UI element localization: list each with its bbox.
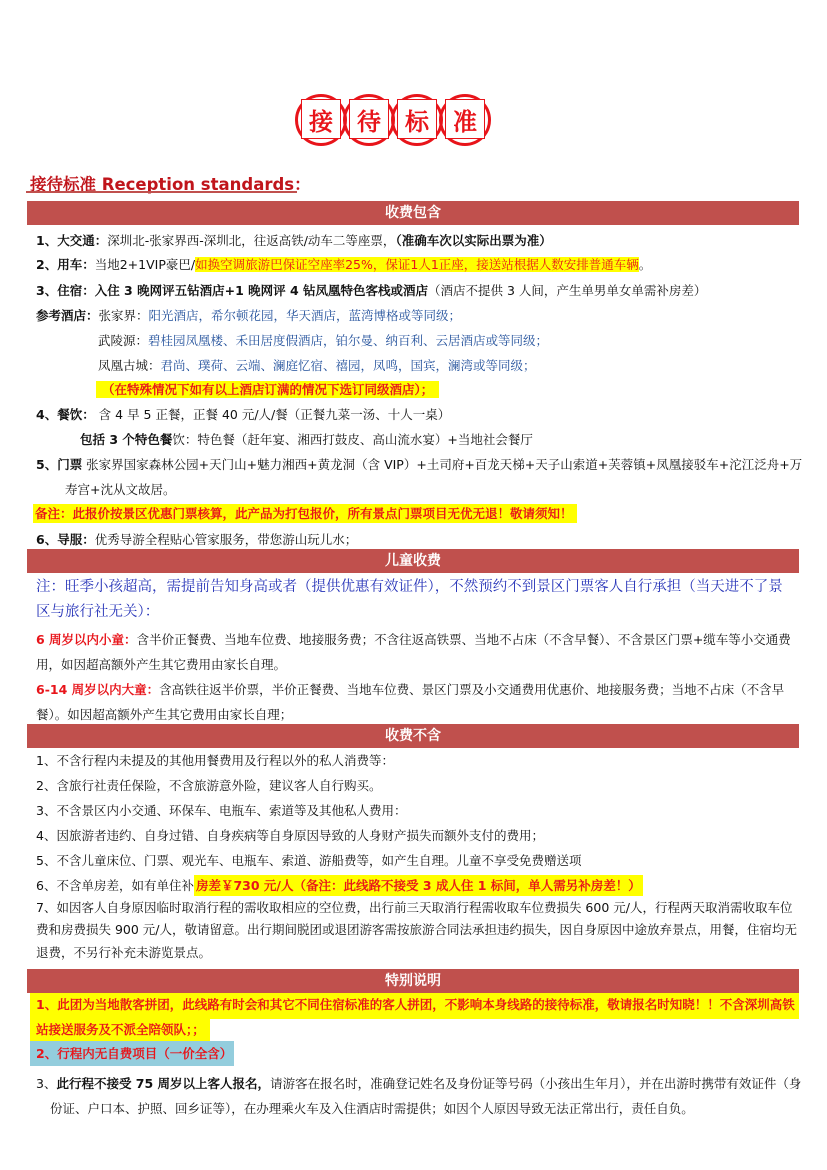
excluded-item-single-room: 6、不含单房差，如有单住补房差￥730 元/人（备注：此线路不接受 3 成人住 … [36,877,643,895]
logo-char: 接 [297,92,345,156]
section-header-children: 儿童收费 [27,549,799,573]
included-item-tickets: 5、门票 张家界国家森林公园+天门山+魅力湘西+黄龙洞（含 VIP）+土司府+百… [36,456,802,474]
included-item-guide: 6、导服：优秀导游全程贴心管家服务，带您游山玩儿水； [36,531,357,549]
children-note-cont: 区与旅行社无关）： [36,603,159,621]
hotel-row: 参考酒店：张家界：阳光酒店，希尔顿花园，华天酒店，蓝湾博格或等同级； [36,307,461,325]
hotel-warning: （在特殊情况下如有以上酒店订满的情况下选订同级酒店）； [96,381,439,399]
highlight-text: 如换空调旅游巴保证空座率25%，保证1人1正座，接送站根据人数安排普通车辆 [195,257,639,272]
excluded-item-cancel: 7、如因客人自身原因临时取消行程的需收取相应的空位费，出行前三天取消行程需收取车… [36,899,792,917]
special-item-age-cont: 份证、户口本、护照、回乡证等），在办理乘火车及入住酒店时需提供；如因个人原因导致… [50,1100,694,1118]
children-big: 6-14 周岁以内大童：含高铁往返半价票，半价正餐费、当地车位费、景区门票及小交… [36,681,784,699]
included-item-tickets-cont: 寿宫+沈从文故居。 [65,481,175,499]
excluded-item: 1、不含行程内未提及的其他用餐费用及行程以外的私人消费等： [36,752,394,770]
excluded-item: 2、含旅行社责任保险，不含旅游意外险，建议客人自行购买。 [36,777,381,795]
excluded-item: 4、因旅游者违约、自身过错、自身疾病等自身原因导致的人身财产损失而额外支付的费用… [36,827,544,845]
special-item-age: 3、此行程不接受 75 周岁以上客人报名，请游客在报名时，准确登记姓名及身份证等… [36,1075,801,1093]
section-header-excluded: 收费不含 [27,724,799,748]
included-item-transport: 1、大交通：深圳北-张家界西-深圳北，往返高铁/动车二等座票，（准确车次以实际出… [36,232,552,250]
special-item: 2、行程内无自费项目（一价全含） [36,1045,232,1063]
subtitle-underline [26,191,297,193]
children-big-cont: 餐）。如因超高额外产生其它费用由家长自理； [36,706,292,724]
children-small-cont: 用，如因超高额外产生其它费用由家长自理。 [36,656,286,674]
included-item-special-meals: 包括 3 个特色餐饮：特色餐（赶年宴、湘西打鼓皮、高山流水宴）+当地社会餐厅 [80,431,533,449]
section-header-special: 特别说明 [27,969,799,993]
children-note: 注：旺季小孩超高，需提前告知身高或者（提供优惠有效证件），不然预约不到景区门票客… [36,578,783,596]
logo-char: 待 [345,92,393,156]
special-item-cont: 站接送服务及不派全陪领队；； [36,1021,205,1039]
ticket-remark: 备注：此报价按景区优惠门票核算，此产品为打包报价，所有景点门票项目无优无退！敬请… [33,505,577,523]
excluded-item: 5、不含儿童床位、门票、观光车、电瓶车、索道、游船费等，如产生自理。儿童不享受免… [36,852,581,870]
logo-char: 标 [393,92,441,156]
included-item-meals: 4、餐饮： 含 4 早 5 正餐，正餐 40 元/人/餐（正餐九菜一汤、十人一桌… [36,406,450,424]
title-logo: 接 待 标 准 [297,92,489,156]
hotel-row: 武陵源：碧桂园凤凰楼、禾田居度假酒店，铂尔曼、纳百利、云居酒店或等同级； [98,332,548,350]
included-item-vehicle: 2、用车：当地2+1VIP豪巴/如换空调旅游巴保证空座率25%，保证1人1正座，… [36,256,651,274]
included-item-lodging: 3、住宿：入住 3 晚网评五钻酒店+1 晚网评 4 钻凤凰特色客栈或酒店（酒店不… [36,282,706,300]
excluded-item-cancel-cont: 费和房费损失 900 元/人，敬请留意。出行期间脱团或退团游客需按旅游合同法承担… [36,921,797,939]
highlight-text: 房差￥730 元/人（备注：此线路不接受 3 成人住 1 标间，单人需另补房差！… [194,875,643,896]
excluded-item-cancel-cont: 退费，不另行补充未游览景点。 [36,944,211,962]
excluded-item: 3、不含景区内小交通、环保车、电瓶车、索道等及其他私人费用： [36,802,406,820]
special-item: 1、此团为当地散客拼团，此线路有时会和其它不同住宿标准的客人拼团，不影响本身线路… [36,996,795,1014]
section-header-included: 收费包含 [27,201,799,225]
hotel-row: 凤凰古城：君尚、璞荷、云端、澜庭忆宿、禧园，凤鸣，国宾，澜湾或等同级； [98,357,536,375]
logo-char: 准 [441,92,489,156]
item-label: 1、大交通： [36,233,107,248]
children-small: 6 周岁以内小童：含半价正餐费、当地车位费、地接服务费；不含往返高铁票、当地不占… [36,631,791,649]
